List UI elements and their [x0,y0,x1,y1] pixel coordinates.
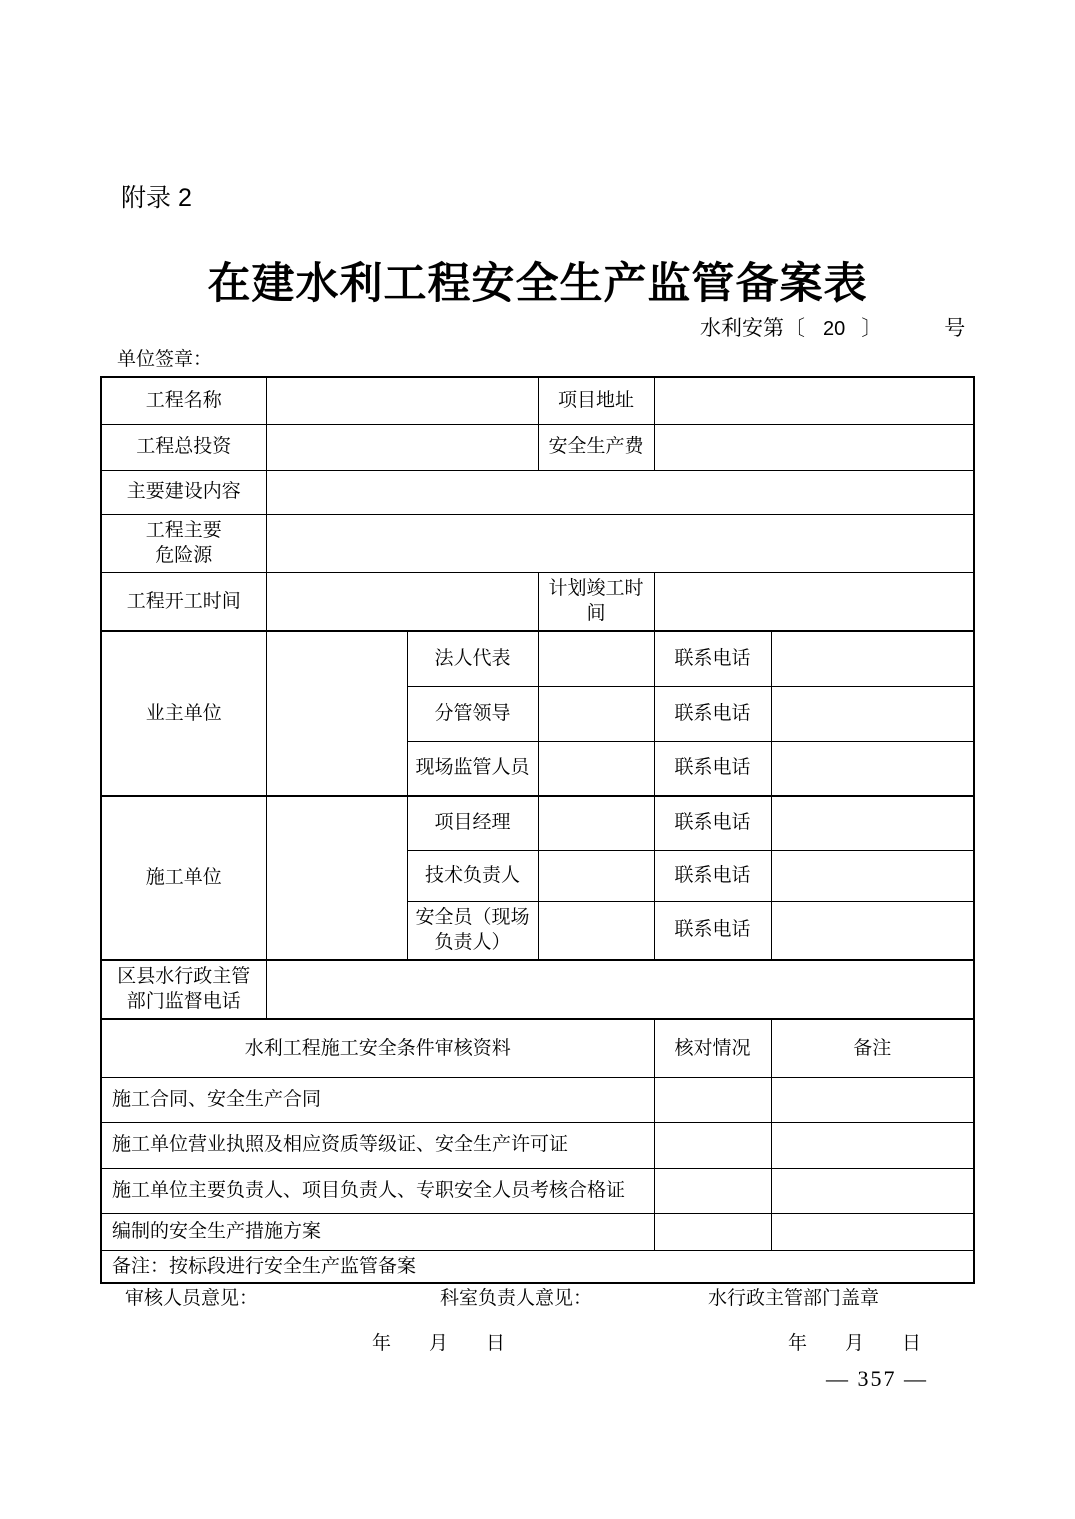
date-line-right: 年 月 日 [788,1328,921,1355]
doc-number-suffix: 号 [944,316,965,340]
table-row: 编制的安全生产措施方案 [101,1213,974,1250]
doc-number-close-bracket: 〕 [861,316,882,340]
legal-rep-phone-cell [771,631,974,686]
main-content-value-cell [266,470,974,514]
owner-unit-name-cell [266,631,407,796]
review-item: 施工单位营业执照及相应资质等级证、安全生产许可证 [101,1122,654,1168]
filing-form-table: 工程名称 项目地址 工程总投资 安全生产费 主要建设内容 工程主要 危险源 工程… [100,376,975,1284]
safety-fee-value-cell [654,424,974,470]
tech-director-label: 技术负责人 [407,850,538,901]
start-time-label: 工程开工时间 [101,572,266,631]
construction-unit-label: 施工单位 [101,796,266,960]
remark-cell [771,1077,974,1122]
check-status-cell [654,1213,771,1250]
remark-note: 备注：按标段进行安全生产监管备案 [101,1250,974,1283]
table-row: 施工单位主要负责人、项目负责人、专职安全人员考核合格证 [101,1168,974,1213]
section-chief-opinion-label: 科室负责人意见： [440,1283,592,1310]
table-row: 工程主要 危险源 [101,514,974,572]
tech-director-value-cell [538,850,654,901]
safety-officer-value-cell [538,901,654,960]
construction-unit-name-cell [266,796,407,960]
table-row: 备注：按标段进行安全生产监管备案 [101,1250,974,1283]
total-investment-label: 工程总投资 [101,424,266,470]
date-line-left: 年 月 日 [372,1328,505,1355]
remark-column-header: 备注 [771,1019,974,1077]
check-status-cell [654,1168,771,1213]
page-number: — 357 — [826,1366,928,1392]
planned-completion-label: 计划竣工时 间 [538,572,654,631]
unit-seal-label: 单位签章： [117,344,212,371]
review-item: 施工合同、安全生产合同 [101,1077,654,1122]
remark-cell [771,1168,974,1213]
table-row: 施工合同、安全生产合同 [101,1077,974,1122]
document-page: 附录 2 在建水利工程安全生产监管备案表 水利安第〔20〕号 单位签章： 工程名… [0,0,1075,1519]
county-phone-label: 区县水行政主管 部门监督电话 [101,960,266,1019]
doc-number-prefix: 水利安第〔 [700,316,805,340]
project-manager-value-cell [538,796,654,850]
table-row: 区县水行政主管 部门监督电话 [101,960,974,1019]
check-status-header: 核对情况 [654,1019,771,1077]
start-time-value-cell [266,572,538,631]
project-address-label: 项目地址 [538,377,654,424]
project-address-value-cell [654,377,974,424]
contact-phone-label: 联系电话 [654,686,771,741]
site-supervisor-value-cell [538,741,654,796]
project-name-value-cell [266,377,538,424]
total-investment-value-cell [266,424,538,470]
table-row: 工程总投资 安全生产费 [101,424,974,470]
dept-seal-label: 水行政主管部门盖章 [708,1283,879,1310]
check-status-cell [654,1077,771,1122]
remark-cell [771,1213,974,1250]
project-manager-label: 项目经理 [407,796,538,850]
doc-number-year: 20 [823,318,845,340]
remark-cell [771,1122,974,1168]
main-hazard-label: 工程主要 危险源 [101,514,266,572]
review-item: 施工单位主要负责人、项目负责人、专职安全人员考核合格证 [101,1168,654,1213]
table-row: 业主单位 法人代表 联系电话 [101,631,974,686]
table-row: 施工单位 项目经理 联系电话 [101,796,974,850]
safety-fee-label: 安全生产费 [538,424,654,470]
table-row: 工程开工时间 计划竣工时 间 [101,572,974,631]
doc-number-line: 水利安第〔20〕号 [700,312,965,342]
contact-phone-label: 联系电话 [654,741,771,796]
deputy-leader-value-cell [538,686,654,741]
deputy-leader-phone-cell [771,686,974,741]
table-row: 主要建设内容 [101,470,974,514]
legal-rep-value-cell [538,631,654,686]
table-row: 水利工程施工安全条件审核资料 核对情况 备注 [101,1019,974,1077]
table-row: 施工单位营业执照及相应资质等级证、安全生产许可证 [101,1122,974,1168]
site-supervisor-label: 现场监管人员 [407,741,538,796]
planned-completion-value-cell [654,572,974,631]
table-row: 工程名称 项目地址 [101,377,974,424]
project-manager-phone-cell [771,796,974,850]
check-status-cell [654,1122,771,1168]
reviewer-opinion-label: 审核人员意见： [125,1283,258,1310]
project-name-label: 工程名称 [101,377,266,424]
review-item: 编制的安全生产措施方案 [101,1213,654,1250]
contact-phone-label: 联系电话 [654,631,771,686]
review-materials-header: 水利工程施工安全条件审核资料 [101,1019,654,1077]
appendix-label: 附录 2 [121,178,192,214]
document-title: 在建水利工程安全生产监管备案表 [0,250,1075,311]
tech-director-phone-cell [771,850,974,901]
safety-officer-label: 安全员（现场 负责人） [407,901,538,960]
legal-rep-label: 法人代表 [407,631,538,686]
contact-phone-label: 联系电话 [654,850,771,901]
deputy-leader-label: 分管领导 [407,686,538,741]
main-hazard-value-cell [266,514,974,572]
owner-unit-label: 业主单位 [101,631,266,796]
contact-phone-label: 联系电话 [654,901,771,960]
contact-phone-label: 联系电话 [654,796,771,850]
safety-officer-phone-cell [771,901,974,960]
site-supervisor-phone-cell [771,741,974,796]
county-phone-value-cell [266,960,974,1019]
main-content-label: 主要建设内容 [101,470,266,514]
